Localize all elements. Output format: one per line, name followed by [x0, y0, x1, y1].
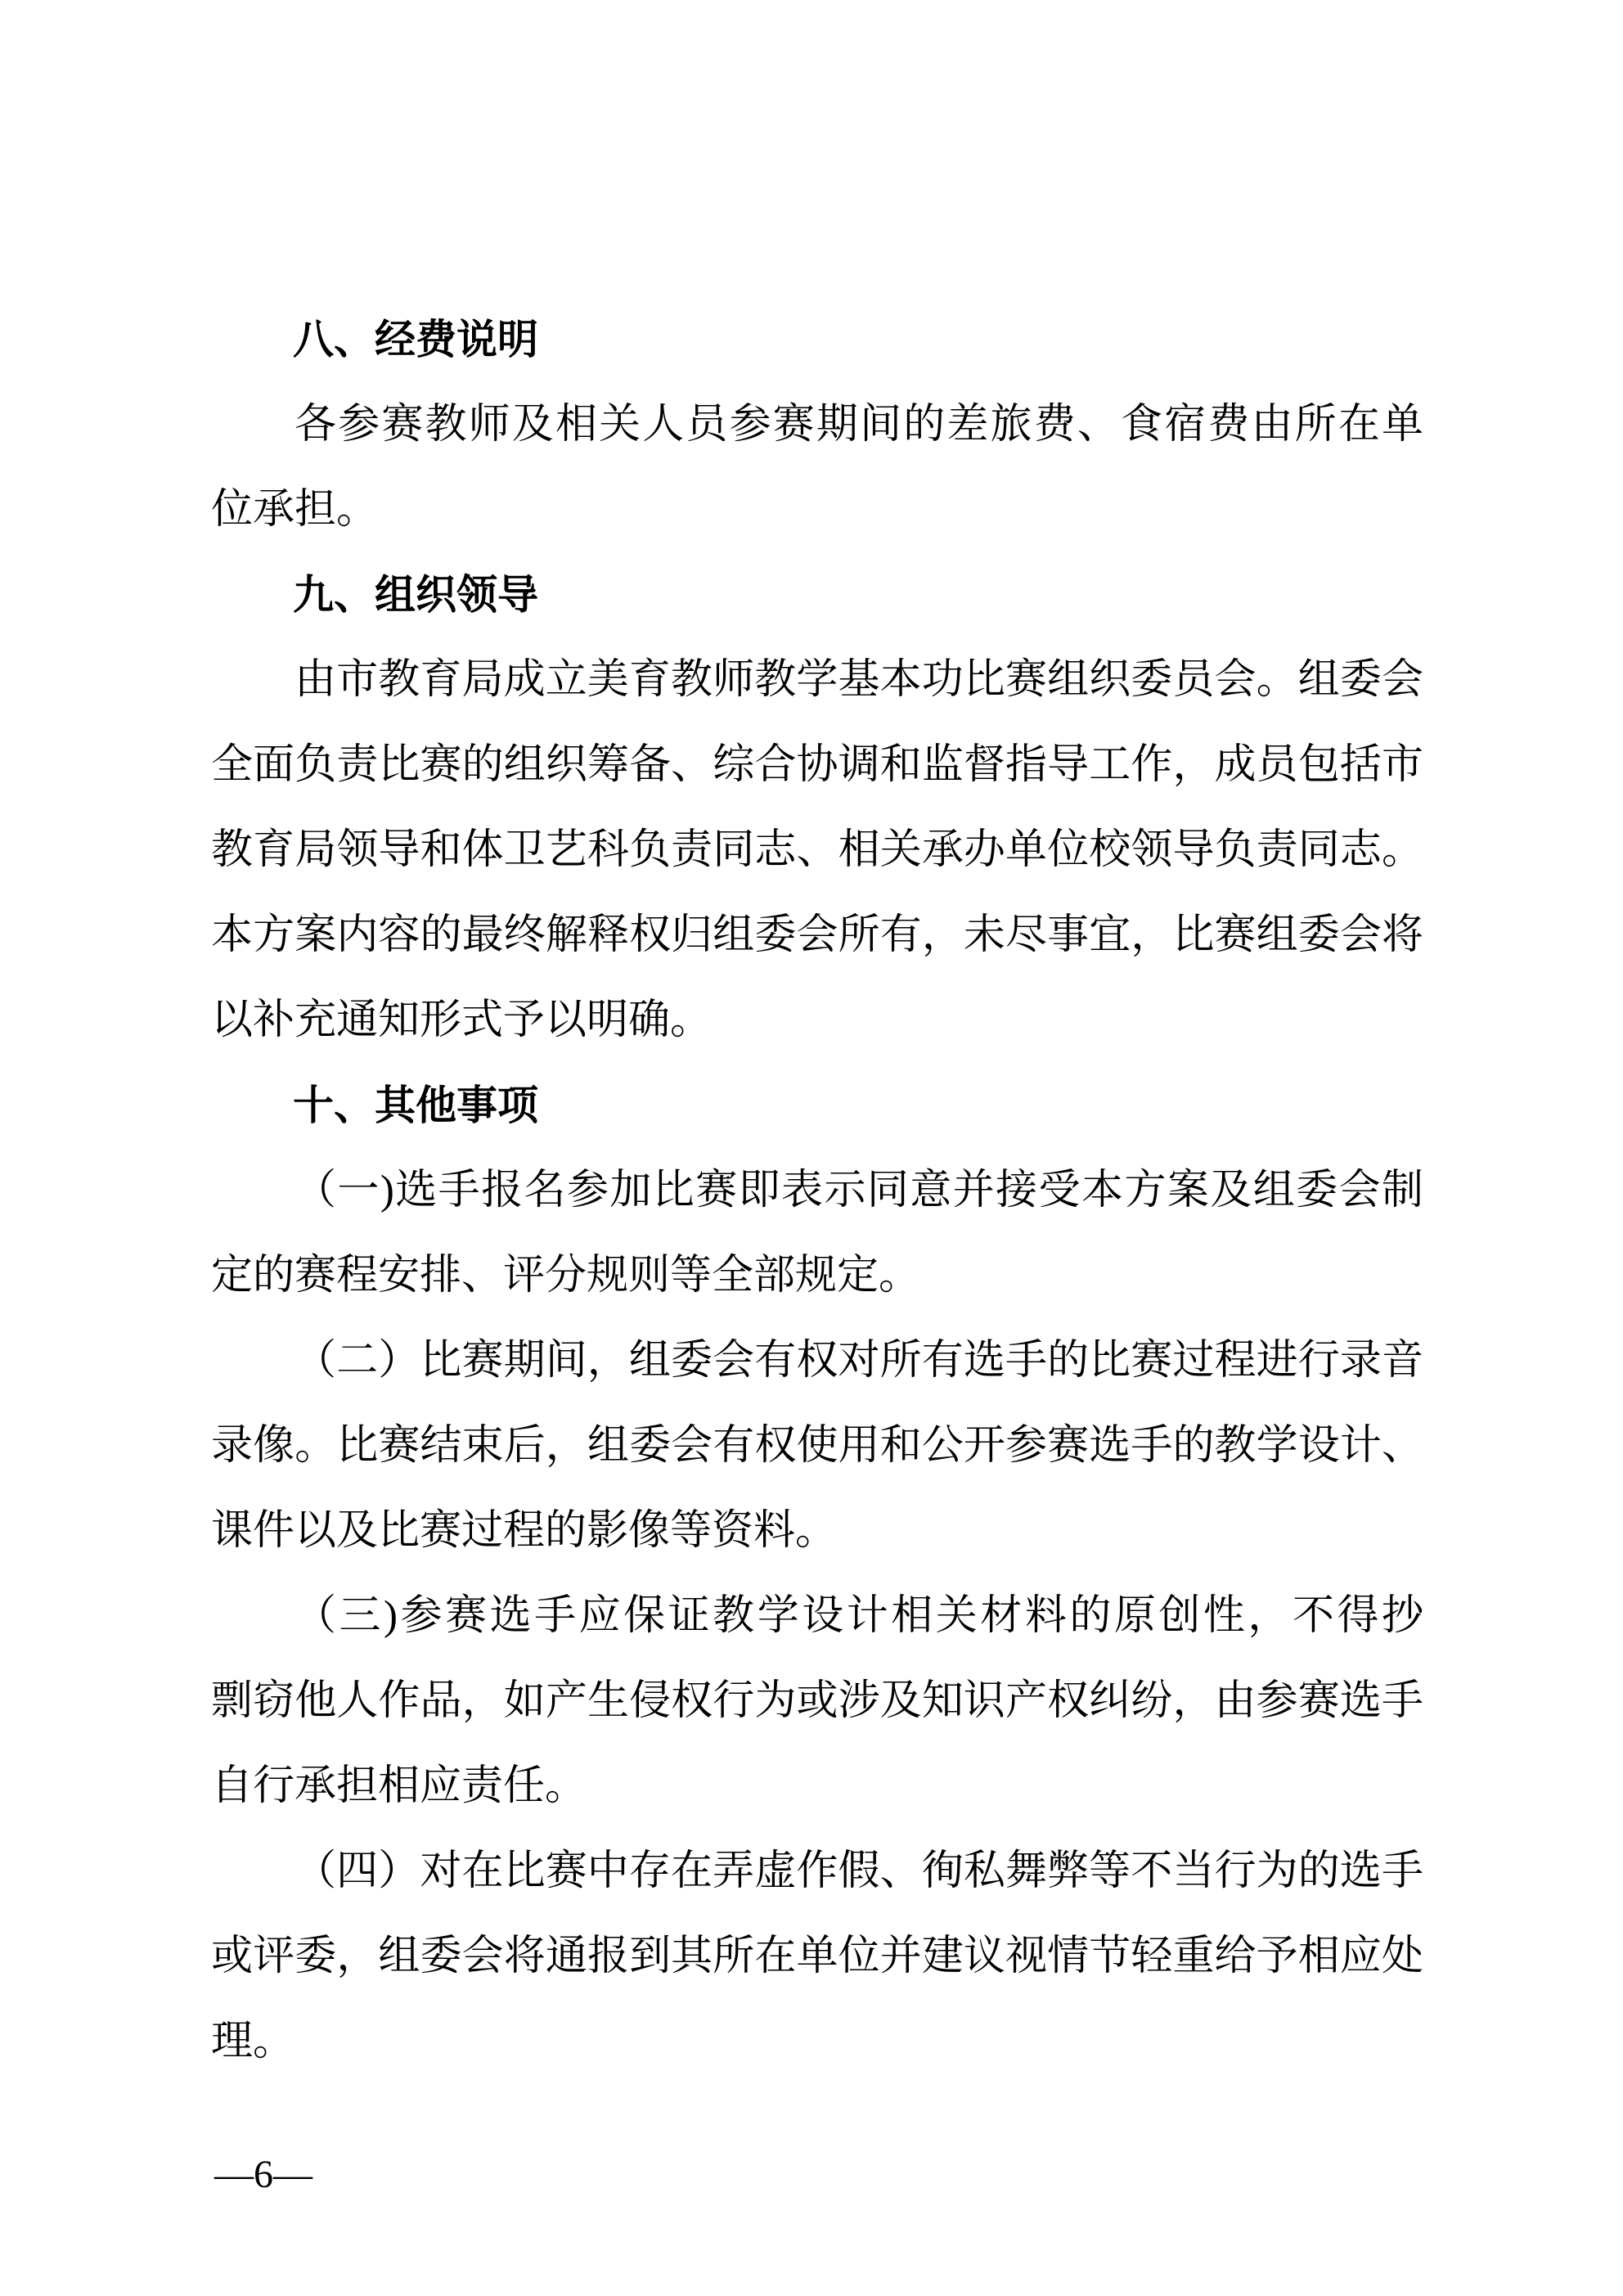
paragraph-line: 理。	[211, 1999, 1423, 2084]
paragraph-line: 全面负责比赛的组织筹备、综合协调和监督指导工作，成员包括市	[211, 723, 1423, 808]
paragraph-line: 录像。比赛结束后，组委会有权使用和公开参赛选手的教学设计、	[211, 1403, 1423, 1488]
section-heading: 九、组织领导	[211, 552, 1423, 637]
paragraph-line: （四）对在比赛中存在弄虚作假、徇私舞弊等不当行为的选手	[211, 1829, 1423, 1914]
paragraph-line: 自行承担相应责任。	[211, 1744, 1423, 1829]
paragraph-line: 或评委，组委会将通报到其所在单位并建议视情节轻重给予相应处	[211, 1914, 1423, 1999]
section-heading: 十、其他事项	[211, 1063, 1423, 1148]
paragraph-line: 各参赛教师及相关人员参赛期间的差旅费、食宿费由所在单	[211, 382, 1423, 467]
paragraph-line: 本方案内容的最终解释权归组委会所有，未尽事宜，比赛组委会将	[211, 893, 1423, 978]
paragraph-line: 定的赛程安排、评分规则等全部规定。	[211, 1233, 1423, 1318]
document-body: 八、经费说明各参赛教师及相关人员参赛期间的差旅费、食宿费由所在单位承担。九、组织…	[211, 297, 1423, 2084]
paragraph-line: （一)选手报名参加比赛即表示同意并接受本方案及组委会制	[211, 1148, 1423, 1233]
paragraph-line: 课件以及比赛过程的影像等资料。	[211, 1488, 1423, 1573]
paragraph-line: 位承担。	[211, 467, 1423, 552]
document-page: 八、经费说明各参赛教师及相关人员参赛期间的差旅费、食宿费由所在单位承担。九、组织…	[0, 0, 1623, 2296]
paragraph-line: 以补充通知形式予以明确。	[211, 978, 1423, 1063]
paragraph-line: 教育局领导和体卫艺科负责同志、相关承办单位校领导负责同志。	[211, 808, 1423, 893]
page-number: —6—	[214, 2153, 312, 2196]
section-heading: 八、经费说明	[211, 297, 1423, 382]
paragraph-line: （二）比赛期间，组委会有权对所有选手的比赛过程进行录音	[211, 1318, 1423, 1403]
page-footer: —6—	[214, 2150, 312, 2199]
paragraph-line: 由市教育局成立美育教师教学基本功比赛组织委员会。组委会	[211, 637, 1423, 723]
paragraph-line: （三)参赛选手应保证教学设计相关材料的原创性，不得抄袭、	[211, 1573, 1423, 1659]
paragraph-line: 剽窃他人作品，如产生侵权行为或涉及知识产权纠纷，由参赛选手	[211, 1659, 1423, 1744]
